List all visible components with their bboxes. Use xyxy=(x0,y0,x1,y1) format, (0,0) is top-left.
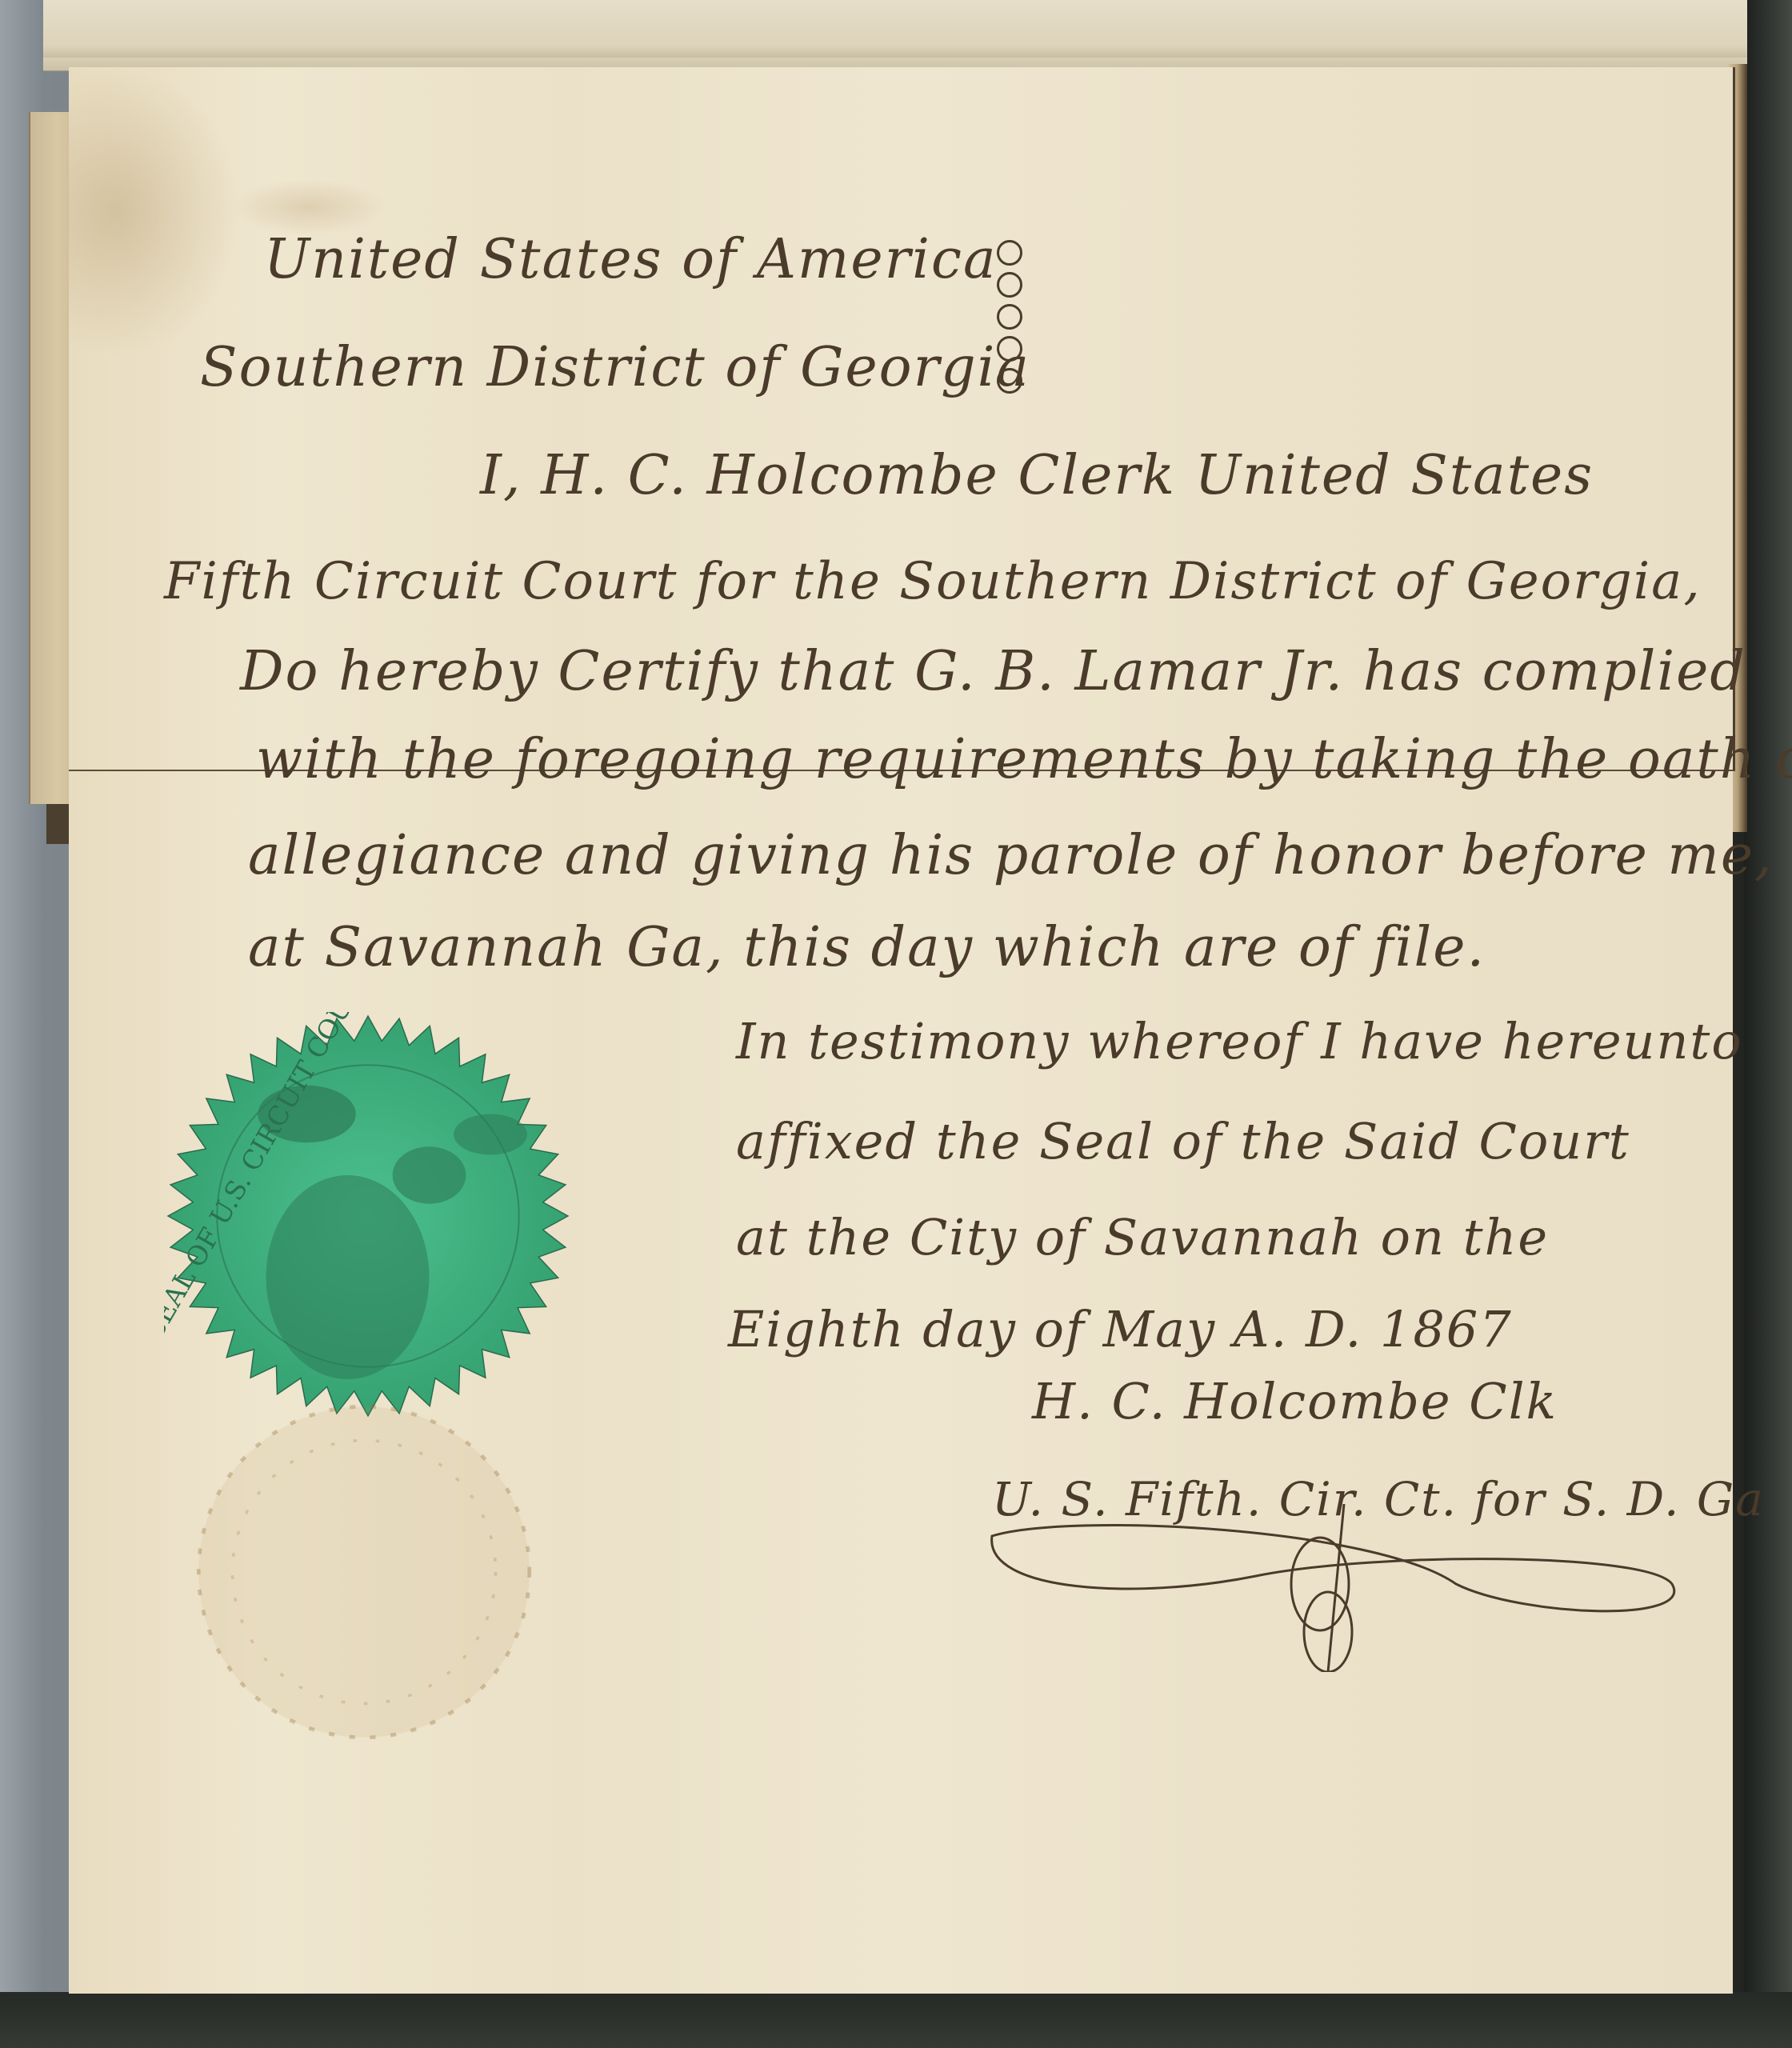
seal-impression-ghost xyxy=(160,1384,568,1760)
body-line-2: Fifth Circuit Court for the Southern Dis… xyxy=(164,552,1702,611)
signature-name: H. C. Holcombe Clk xyxy=(1032,1372,1558,1430)
heading-line-1: United States of America xyxy=(264,228,998,291)
scanner-background-bottom xyxy=(0,1992,1792,2048)
signature-flourish-icon xyxy=(976,1504,1696,1672)
body-line-5: allegiance and giving his parole of hono… xyxy=(248,824,1774,887)
body-line-4: with the foregoing requirements by takin… xyxy=(256,728,1792,791)
testimony-line-4: Eighth day of May A. D. 1867 xyxy=(728,1300,1513,1358)
body-line-6: at Savannah Ga, this day which are of fi… xyxy=(248,916,1486,979)
heading-line-2: Southern District of Georgia xyxy=(200,336,1030,399)
previous-page-fold xyxy=(43,0,1747,60)
body-line-3: Do hereby Certify that G. B. Lamar Jr. h… xyxy=(240,640,1746,703)
testimony-line-3: at the City of Savannah on the xyxy=(736,1208,1549,1266)
testimony-line-1: In testimony whereof I have hereunto xyxy=(736,1012,1743,1070)
testimony-line-2: affixed the Seal of the Said Court xyxy=(736,1112,1630,1170)
scanner-background-right xyxy=(1744,0,1792,2048)
court-seal-icon: SEAL OF U.S. CIRCUIT COURT xyxy=(164,1012,572,1420)
body-line-1: I, H. C. Holcombe Clerk United States xyxy=(480,444,1594,507)
